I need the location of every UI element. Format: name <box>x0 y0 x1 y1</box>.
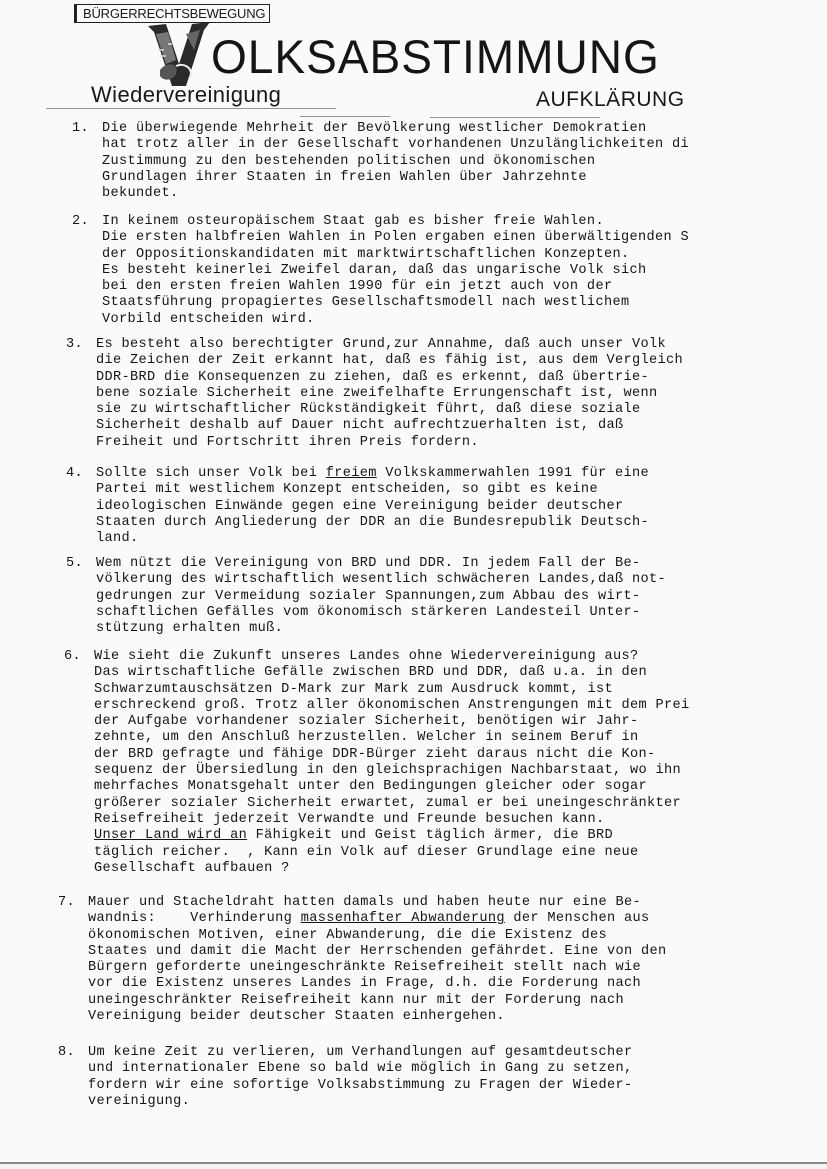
item-number: 7. <box>58 895 75 911</box>
text-line: Staates und damit die Macht der Herrsche… <box>88 944 667 960</box>
item-text: Wie sieht die Zukunft unseres Landes ohn… <box>94 649 690 877</box>
text-line: Reisefreiheit jederzeit Verwandte und Fr… <box>94 812 690 828</box>
text-line: ökonomischen Motiven, einer Abwanderung,… <box>88 928 667 944</box>
text-line: die Zeichen der Zeit erkannt hat, daß es… <box>96 353 683 369</box>
text-line: Schwarzumtauschsätzen D-Mark zur Mark zu… <box>94 682 690 698</box>
text-line: Zustimmung zu den bestehenden politische… <box>102 154 689 170</box>
text-line: und internationaler Ebene so bald wie mö… <box>88 1061 632 1077</box>
item-text: Es besteht also berechtigter Grund,zur A… <box>96 337 683 451</box>
decorative-v-initial-icon <box>146 20 212 88</box>
text-line: Wem nützt die Vereinigung von BRD und DD… <box>96 556 666 572</box>
text-line: vor die Existenz unseres Landes in Frage… <box>88 976 667 992</box>
text-line: gedrungen zur Vermeidung sozialer Spannu… <box>96 589 666 605</box>
text-line: Gesellschaft aufbauen ? <box>94 861 690 877</box>
handwritten-underline: freiem <box>326 466 377 481</box>
text-line: Freiheit und Fortschritt ihren Preis for… <box>96 435 683 451</box>
text-line: Vorbild entscheiden wird. <box>102 312 689 328</box>
text-line: Bürgern geforderte uneingeschränkte Reis… <box>88 960 667 976</box>
text-line: DDR-BRD die Konsequenzen zu ziehen, daß … <box>96 370 683 386</box>
text-line: Staatsführung propagiertes Gesellschafts… <box>102 295 689 311</box>
text-line: bekundet. <box>102 186 689 202</box>
text-line: wandnis: Verhinderung massenhafter Abwan… <box>88 911 667 927</box>
text-line: erschreckend groß. Trotz aller ökonomisc… <box>94 698 690 714</box>
text-line: land. <box>96 531 649 547</box>
text-line: Staaten durch Angliederung der DDR an di… <box>96 515 649 531</box>
text-line: hat trotz aller in der Gesellschaft vorh… <box>102 137 689 153</box>
document-title: OLKSABSTIMMUNG <box>211 32 660 82</box>
organization-stamp: BÜRGERRECHTSBEWEGUNG <box>74 4 270 23</box>
text-line: Unser Land wird an Fähigkeit und Geist t… <box>94 828 690 844</box>
item-text: Wem nützt die Vereinigung von BRD und DD… <box>96 556 666 637</box>
header-rule <box>430 117 600 118</box>
text-line: sequenz der Übersiedlung in den gleichsp… <box>94 763 690 779</box>
text-line: Partei mit westlichem Konzept entscheide… <box>96 482 649 498</box>
text-line: schaftlichen Gefälles vom ökonomisch stä… <box>96 605 666 621</box>
item-number: 1. <box>72 121 89 137</box>
text-line: Wie sieht die Zukunft unseres Landes ohn… <box>94 649 690 665</box>
text-line: der BRD gefragte und fähige DDR-Bürger z… <box>94 747 690 763</box>
text-line: Das wirtschaftliche Gefälle zwischen BRD… <box>94 665 690 681</box>
document-page: BÜRGERRECHTSBEWEGUNG OLKSABSTIMMUNG Wied… <box>0 0 827 1164</box>
item-text: Die überwiegende Mehrheit der Bevölkerun… <box>102 121 689 202</box>
item-number: 2. <box>72 214 89 230</box>
text-line: größerer sozialer Sicherheit erwartet, z… <box>94 796 690 812</box>
text-line: bene soziale Sicherheit eine zweifelhaft… <box>96 386 683 402</box>
item-number: 4. <box>66 466 83 482</box>
text-line: Um keine Zeit zu verlieren, um Verhandlu… <box>88 1045 632 1061</box>
handwritten-underline: massenhafter Abwanderung <box>301 911 505 926</box>
text-line: Sicherheit deshalb auf Dauer nicht aufre… <box>96 418 683 434</box>
item-number: 3. <box>66 337 83 353</box>
text-line: ideologischen Einwände gegen eine Verein… <box>96 499 649 515</box>
item-text: In keinem osteuropäischem Staat gab es b… <box>102 214 689 328</box>
text-line: völkerung des wirtschaftlich wesentlich … <box>96 572 666 588</box>
text-line: Vereinigung beider deutscher Staaten ein… <box>88 1009 667 1025</box>
item-text: Mauer und Stacheldraht hatten damals und… <box>88 895 667 1025</box>
item-text: Sollte sich unser Volk bei freiem Volksk… <box>96 466 649 547</box>
text-line: täglich reicher. , Kann ein Volk auf die… <box>94 845 690 861</box>
text-line: uneingeschränkter Reisefreiheit kann nur… <box>88 993 667 1009</box>
text-line: stützung erhalten muß. <box>96 621 666 637</box>
text-line: fordern wir eine sofortige Volksabstimmu… <box>88 1078 632 1094</box>
item-text: Um keine Zeit zu verlieren, um Verhandlu… <box>88 1045 632 1110</box>
text-line: Grundlagen ihrer Staaten in freien Wahle… <box>102 170 689 186</box>
text-line: Es besteht keinerlei Zweifel daran, daß … <box>102 263 689 279</box>
text-line: zehnte, um den Anschluß herzustellen. We… <box>94 730 690 746</box>
text-line: In keinem osteuropäischem Staat gab es b… <box>102 214 689 230</box>
text-line: der Oppositionskandidaten mit marktwirts… <box>102 247 689 263</box>
text-line: Sollte sich unser Volk bei freiem Volksk… <box>96 466 649 482</box>
text-line: vereinigung. <box>88 1094 632 1110</box>
text-line: Mauer und Stacheldraht hatten damals und… <box>88 895 667 911</box>
text-line: Die überwiegende Mehrheit der Bevölkerun… <box>102 121 689 137</box>
text-line: bei den ersten freien Wahlen 1990 für ei… <box>102 279 689 295</box>
header-rule <box>300 116 390 117</box>
handwritten-underline: Unser Land wird an <box>94 828 247 843</box>
subtitle-enlightenment: AUFKLÄRUNG <box>536 88 685 112</box>
text-line: Es besteht also berechtigter Grund,zur A… <box>96 337 683 353</box>
text-line: der Aufgabe vorhandener sozialer Sicherh… <box>94 714 690 730</box>
item-number: 6. <box>64 649 81 665</box>
text-line: sie zu wirtschaftlicher Rückständigkeit … <box>96 402 683 418</box>
item-number: 5. <box>66 556 83 572</box>
text-line: mehrfaches Monatsgehalt unter den Beding… <box>94 779 690 795</box>
item-number: 8. <box>58 1045 75 1061</box>
header-rule <box>46 108 336 109</box>
text-line: Die ersten halbfreien Wahlen in Polen er… <box>102 230 689 246</box>
